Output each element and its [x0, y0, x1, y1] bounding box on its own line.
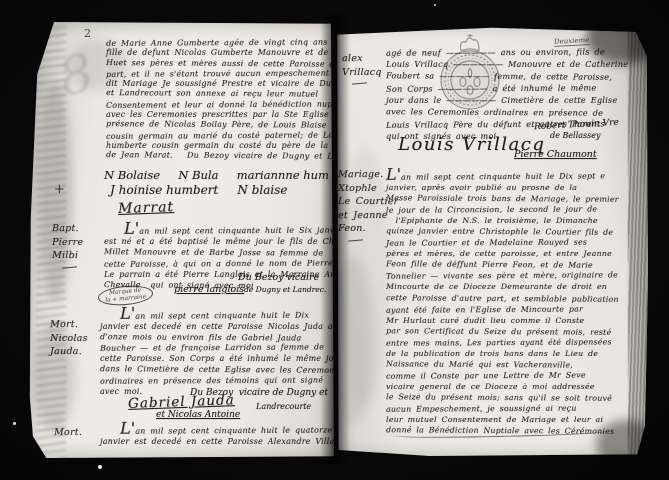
manuscript-line: agé de neuf —————— ans ou environ, fils …	[386, 45, 628, 58]
signature-witness-place: de Bellassey	[550, 131, 600, 140]
signature-row: J hoinise humbert N blaise	[110, 183, 287, 197]
manuscript-line: jour dans le —————— Cimetière de cette E…	[386, 94, 628, 106]
manuscript-line: cette Paroisse d'autre part, et semblabl…	[386, 292, 619, 305]
dust-speck	[98, 465, 102, 469]
manuscript-line: alex	[342, 52, 382, 66]
margin-note-burial-villacq: Mort.	[54, 426, 82, 440]
manuscript-line: Bapt.	[52, 222, 83, 236]
signature-officiant: Du Bezoy vicaire	[238, 272, 319, 283]
manuscript-line: Jean le Courtier et de Madelaine Rouyed …	[386, 237, 619, 249]
manuscript-line: comme il Conste par une Lettre de Mr Sev…	[386, 369, 619, 381]
signature-officiant-place: de Dugny et Landrec.	[244, 285, 326, 294]
signature-witness: Pierre Chaumont	[514, 149, 597, 160]
margin-note-baptism: Bapt.PierreMilbi	[52, 222, 83, 268]
dust-speck	[13, 422, 16, 425]
signature-witness: pierre langlois	[174, 284, 244, 295]
manuscript-line: cousin germain au marié du costé paterne…	[106, 130, 334, 142]
manuscript-line: Tonnelier — vivante ses père et mère, or…	[386, 270, 619, 282]
scanned-register-photo: 2 8 + de Marie Anne Gumberte agée de vin…	[0, 0, 669, 480]
manuscript-line: cette Paroisse. Son Corps a été inhumé l…	[100, 354, 334, 365]
manuscript-line: janvier est decedé en cette Paroisse Nic…	[100, 322, 334, 333]
manuscript-line: Mort.	[54, 426, 82, 440]
signature-witness: et Nicolas Antoine	[156, 410, 240, 420]
manuscript-line: Son Corps —————— a été inhumé le même	[386, 81, 628, 94]
manuscript-line: Mort.	[50, 318, 88, 332]
manuscript-line: le jour de la Circoncision, le second le…	[386, 203, 619, 215]
dust-speck	[434, 4, 436, 6]
manuscript-line: L'an mil sept cent cinquante huit le qua…	[120, 421, 334, 436]
manuscript-line: Mincourte de ce Dioceze Demeurante de dr…	[386, 281, 619, 292]
manuscript-line: de Jean Marat. Du Bezoy vicaire de Dugny…	[106, 150, 334, 162]
manuscript-line: aucun Empeschement, je soussigné ai reçu	[386, 402, 619, 414]
manuscript-line: Louis Vrillacq —————— Manouvre et de Cat…	[386, 58, 628, 70]
manuscript-line: vicaire general de ce Dioceze à moi addr…	[386, 381, 619, 392]
burial-record-villacq-start: L'an mil sept cent cinquante huit le qua…	[100, 422, 334, 447]
manuscript-line: L'an mil sept cent cinquante huit le Dix…	[386, 167, 619, 182]
manuscript-line: part, et il ne s'étant trouvé aucun empe…	[106, 68, 334, 80]
manuscript-line: janvier est decedé en cette Paroisse Ale…	[100, 436, 334, 447]
manuscript-line: Pierre	[52, 236, 83, 250]
manuscript-line: Vrillacq	[342, 66, 382, 80]
manuscript-line: cette Paroisse, à qui on a donné le nom …	[104, 257, 334, 270]
signature-officiant: Du Bezoy vicaire de Dugny et	[190, 388, 328, 398]
signature-row: N Bolaise N Bula mariannne hum	[104, 168, 329, 182]
manuscript-line: fille de defunt Nicolas Gumberte Manouvr…	[106, 48, 334, 58]
manuscript-line: ayant été faite en l'Eglise de Mincourte…	[386, 303, 619, 315]
manuscript-line: de la publication de trois bans dans le …	[386, 348, 619, 359]
manuscript-line: Boucher — et de françoise Larridon sa fe…	[100, 343, 334, 355]
burial-record-jauda: L'an mil sept cent cinquante huit le Dix…	[100, 308, 334, 397]
book-page-edges	[628, 26, 648, 456]
manuscript-line: ordinaires en présence des témoins qui o…	[100, 375, 334, 387]
margin-note-burial-jauda: Mort.NicolasJauda.	[50, 318, 88, 359]
manuscript-line: Milbi	[52, 249, 83, 263]
manuscript-line: entre mes mains, Les parties ayant été d…	[386, 336, 619, 348]
manuscript-line: Nicolas	[50, 332, 88, 346]
page-number: 2	[84, 27, 91, 40]
manuscript-line: janvier, après avoir publié au prosne de…	[386, 182, 619, 193]
margin-cross-mark: +	[54, 182, 65, 197]
manuscript-line: L'an mil sept cent cinquante huit le Dix	[120, 307, 334, 322]
marriage-record-courtier-feon: L'an mil sept cent cinquante huit le Dix…	[386, 168, 619, 436]
manuscript-line: Mr Hurlaut curé dudit lieu comme il Cons…	[386, 315, 619, 326]
left-page: 2 8 + de Marie Anne Gumberte agée de vin…	[28, 22, 334, 458]
signature-marrat: Marrat	[118, 199, 175, 217]
margin-note-alex-vrillacq: alexVrillacq	[342, 52, 382, 84]
right-page: alexVrillacq Deuxieme agé de neuf ——————…	[336, 26, 648, 456]
marriage-record-ending: de Marie Anne Gumberte agée de vingt cin…	[106, 38, 334, 162]
manuscript-line: Consentement et leur ai donné la bénédic…	[106, 99, 334, 111]
manuscript-line: Jauda.	[50, 345, 88, 359]
signature-officiant-place: Landrecourte	[256, 402, 311, 411]
manuscript-line: L'an mil sept cent cinquante huit le Six…	[124, 221, 334, 237]
manuscript-line: de Marie Anne Gumberte agée de vingt cin…	[106, 37, 334, 49]
manuscript-line: leur mutuel Consentement de Mariage et l…	[386, 414, 619, 425]
